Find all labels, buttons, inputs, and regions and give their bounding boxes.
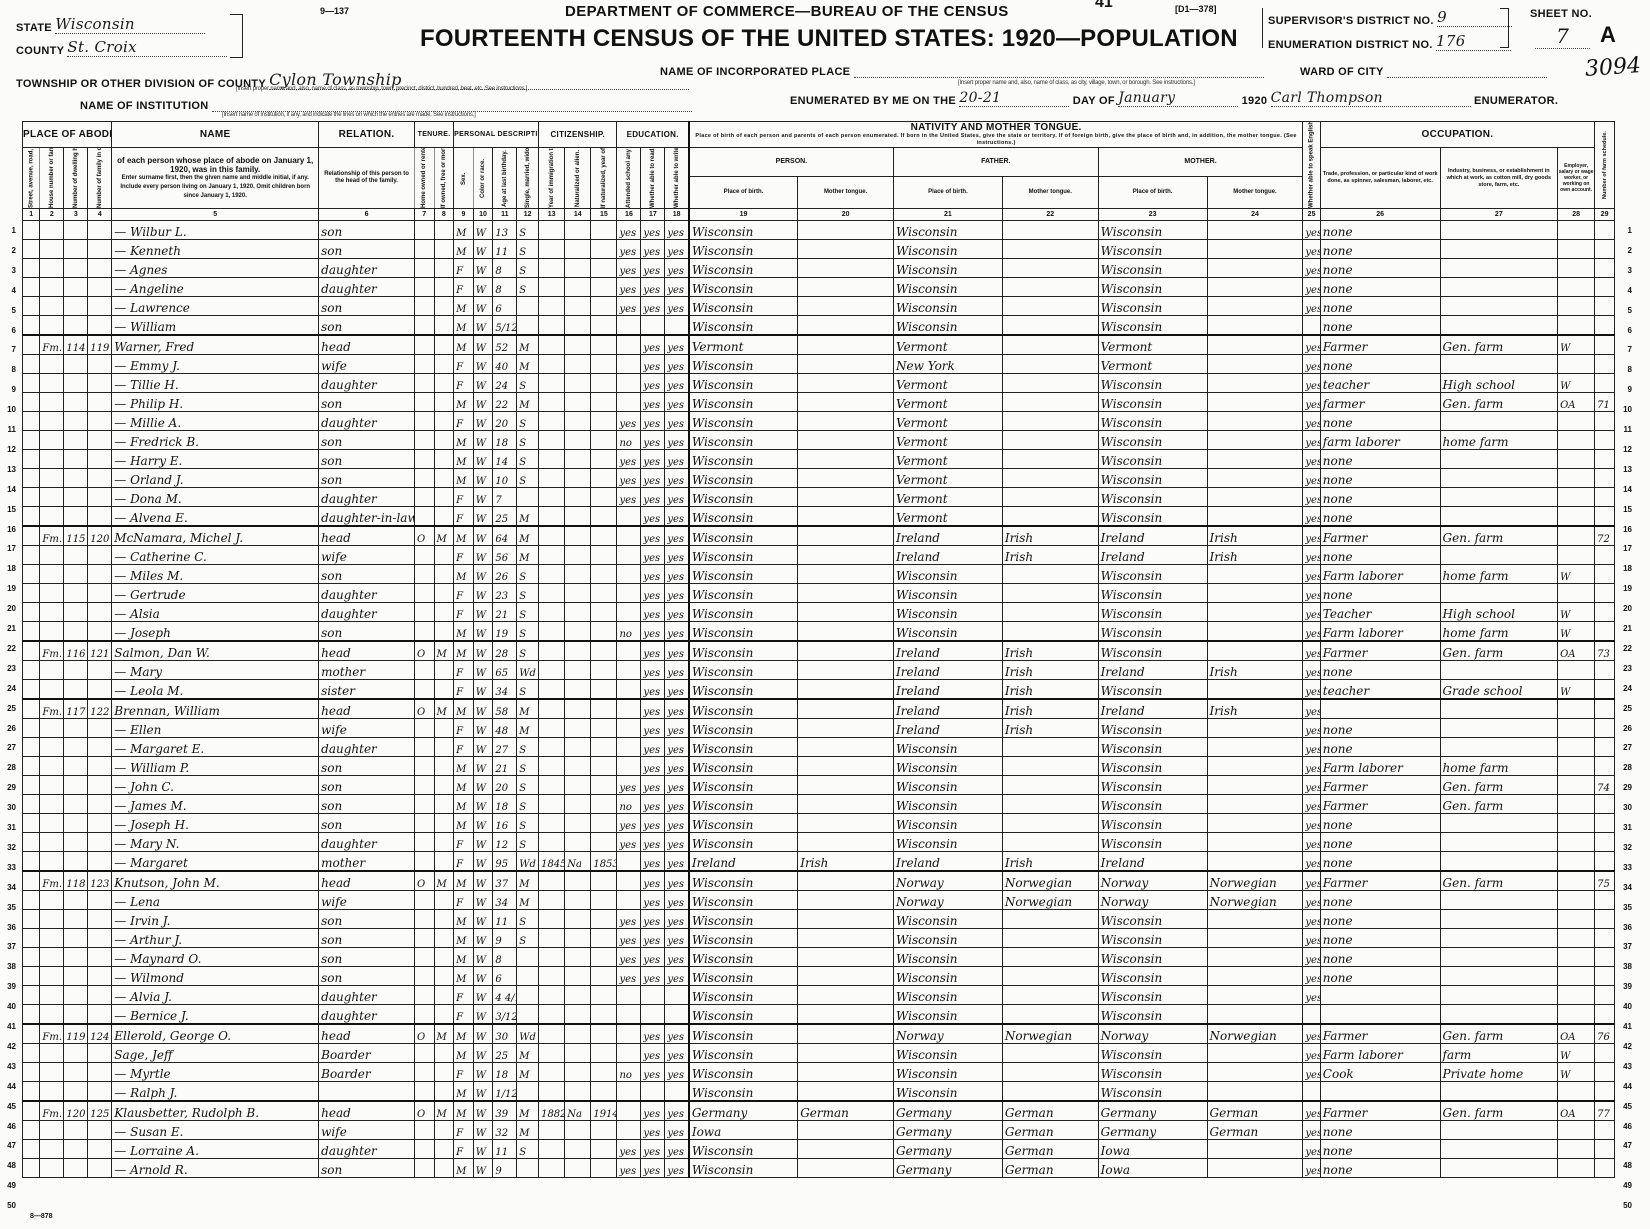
cell-write: yes [665, 719, 689, 738]
cell-birthplace: Wisconsin [689, 278, 798, 297]
cell-relation: son [319, 297, 415, 316]
cell-race: W [473, 814, 493, 833]
cell-family [88, 661, 112, 680]
cell-naturalization-year [591, 814, 617, 833]
cell-farm-schedule [1595, 412, 1615, 431]
cell-father-tongue [1002, 335, 1098, 355]
cell-employer-class [1558, 776, 1595, 795]
cell-father-tongue [1002, 1044, 1098, 1063]
cell-marital: M [517, 393, 539, 412]
cell-marital: S [517, 469, 539, 488]
cell-naturalized [565, 316, 591, 336]
cell-birthplace: Wisconsin [689, 719, 798, 738]
cell-birthplace: Wisconsin [689, 929, 798, 948]
cell-mortgage [434, 546, 454, 565]
cell-race: W [473, 240, 493, 259]
cell-sex: F [454, 507, 474, 527]
cell-dwelling [64, 776, 88, 795]
enumerator-name: Carl Thompson [1271, 90, 1471, 107]
cell-father-tongue [1002, 259, 1098, 278]
cell-sex: M [454, 1082, 474, 1102]
cell-race: W [473, 526, 493, 546]
cell-industry [1440, 469, 1558, 488]
line-number: 41 [1618, 1022, 1632, 1031]
group-citizenship: CITIZENSHIP. [539, 122, 617, 148]
cell-abode: Fm. [40, 1101, 64, 1121]
cell-immigration-year [539, 603, 565, 622]
cell-abode [40, 757, 64, 776]
cell-dwelling [64, 1044, 88, 1063]
line-number: 9 [1618, 385, 1632, 394]
cell-dwelling: 114 [64, 335, 88, 355]
cell-naturalized [565, 719, 591, 738]
column-number-row: 1 2 3 4 5 6 7 8 9 10 11 12 13 14 15 16 1… [23, 209, 1615, 221]
cell-sex: M [454, 450, 474, 469]
cell-industry [1440, 488, 1558, 507]
cell-father-birthplace: Germany [894, 1101, 1003, 1121]
cell-abode [40, 431, 64, 450]
cell-mother-birthplace: Iowa [1098, 1140, 1207, 1159]
cell-name: — Orland J. [112, 469, 319, 488]
cell-family [88, 833, 112, 852]
cell-school: yes [617, 240, 641, 259]
cell-school: yes [617, 278, 641, 297]
line-number: 48 [2, 1161, 16, 1170]
cell-school: no [617, 795, 641, 814]
line-number: 8 [2, 365, 16, 374]
cell-owned [414, 316, 434, 336]
cell-street [23, 986, 40, 1005]
cell-naturalization-year [591, 1024, 617, 1044]
cell-industry: home farm [1440, 622, 1558, 642]
table-row: Fm.115120McNamara, Michel J.headOMMW64My… [23, 526, 1615, 546]
cell-mother-parent-tongue [1207, 776, 1303, 795]
cell-race: W [473, 221, 493, 240]
cell-birthplace: Wisconsin [689, 967, 798, 986]
cell-father-birthplace: Wisconsin [894, 278, 1003, 297]
cell-mortgage [434, 986, 454, 1005]
table-row: — Dona M.daughterFW7yesyesyesWisconsinVe… [23, 488, 1615, 507]
line-number: 38 [2, 962, 16, 971]
cell-sex: M [454, 221, 474, 240]
line-number: 5 [1618, 306, 1632, 315]
cell-write: yes [665, 757, 689, 776]
cell-write: yes [665, 221, 689, 240]
cell-age: 20 [493, 412, 517, 431]
cell-immigration-year [539, 929, 565, 948]
cell-mother-tongue [798, 431, 894, 450]
cell-school: yes [617, 967, 641, 986]
cell-name: — Emmy J. [112, 355, 319, 374]
cell-birthplace: Wisconsin [689, 259, 798, 278]
cell-father-birthplace: Wisconsin [894, 833, 1003, 852]
cell-family [88, 1005, 112, 1025]
cell-dwelling [64, 661, 88, 680]
cell-name: — Agnes [112, 259, 319, 278]
cell-race: W [473, 412, 493, 431]
cell-mother-birthplace: Wisconsin [1098, 967, 1207, 986]
cell-street [23, 1121, 40, 1140]
cell-abode [40, 221, 64, 240]
line-number: 35 [2, 903, 16, 912]
cell-name: — Alvena E. [112, 507, 319, 527]
cell-owned [414, 278, 434, 297]
col-2-house-number: House number or farm, etc. (See instruct… [40, 148, 64, 209]
cell-trade: Farm laborer [1320, 565, 1440, 584]
line-number: 31 [2, 823, 16, 832]
cell-naturalization-year [591, 488, 617, 507]
group-tenure: TENURE. [414, 122, 453, 148]
cell-immigration-year [539, 278, 565, 297]
cell-street [23, 814, 40, 833]
cell-age: 58 [493, 699, 517, 719]
cell-english: yes [1303, 603, 1320, 622]
cell-race: W [473, 469, 493, 488]
col-18-write: Whether able to write. [665, 148, 689, 209]
cell-naturalized [565, 603, 591, 622]
cell-marital: S [517, 221, 539, 240]
cell-trade [1320, 699, 1440, 719]
incorporated-instructions: [Insert proper name and, also, name of c… [958, 80, 1195, 86]
cell-street [23, 565, 40, 584]
cell-mother-tongue [798, 1005, 894, 1025]
cell-farm-schedule [1595, 738, 1615, 757]
cell-father-tongue [1002, 278, 1098, 297]
sheet-label: SHEET NO. [1530, 8, 1592, 20]
census-table: PLACE OF ABODE. NAME RELATION. TENURE. P… [22, 121, 1615, 1178]
cell-industry: home farm [1440, 565, 1558, 584]
cell-english: yes [1303, 680, 1320, 700]
cell-abode [40, 1005, 64, 1025]
cell-street [23, 776, 40, 795]
cell-birthplace: Wisconsin [689, 986, 798, 1005]
cell-english: yes [1303, 814, 1320, 833]
cell-employer-class: OA [1558, 393, 1595, 412]
table-row: — KennethsonMW11SyesyesyesWisconsinWisco… [23, 240, 1615, 259]
cell-industry [1440, 1005, 1558, 1025]
cell-read: yes [641, 891, 665, 910]
cell-sex: F [454, 891, 474, 910]
line-number: 20 [1618, 604, 1632, 613]
cell-naturalized [565, 1159, 591, 1178]
cell-read: yes [641, 795, 665, 814]
cell-mortgage [434, 738, 454, 757]
table-row: — Tillie H.daughterFW24SyesyesWisconsinV… [23, 374, 1615, 393]
cell-relation: son [319, 795, 415, 814]
cell-trade: none [1320, 221, 1440, 240]
cell-mortgage [434, 488, 454, 507]
cell-birthplace: Wisconsin [689, 1024, 798, 1044]
cell-dwelling: 120 [64, 1101, 88, 1121]
cell-english: yes [1303, 948, 1320, 967]
cell-school [617, 680, 641, 700]
line-number: 11 [1618, 425, 1632, 434]
cell-street [23, 680, 40, 700]
cell-dwelling [64, 297, 88, 316]
cell-father-tongue [1002, 929, 1098, 948]
table-row: — MarymotherFW65WdyesyesWisconsinIreland… [23, 661, 1615, 680]
cell-mother-tongue [798, 1024, 894, 1044]
cell-father-tongue [1002, 833, 1098, 852]
cell-owned [414, 565, 434, 584]
cell-family [88, 584, 112, 603]
cell-race: W [473, 871, 493, 891]
cell-write: yes [665, 929, 689, 948]
institution-instructions: [Insert name of institution, if any, and… [222, 112, 476, 118]
cell-father-birthplace: Germany [894, 1159, 1003, 1178]
cell-school [617, 355, 641, 374]
cell-farm-schedule [1595, 355, 1615, 374]
cell-mortgage [434, 335, 454, 355]
table-row: — MargaretmotherFW95Wd1845Na1853yesyesIr… [23, 852, 1615, 872]
cell-abode [40, 622, 64, 642]
cell-trade: none [1320, 891, 1440, 910]
cell-industry [1440, 546, 1558, 565]
cell-school [617, 661, 641, 680]
table-row: — AngelinedaughterFW8SyesyesyesWisconsin… [23, 278, 1615, 297]
cell-trade: none [1320, 719, 1440, 738]
cell-read: yes [641, 1063, 665, 1082]
cell-naturalized [565, 757, 591, 776]
cell-father-tongue [1002, 738, 1098, 757]
cell-english [1303, 1005, 1320, 1025]
cell-dwelling: 115 [64, 526, 88, 546]
cell-abode [40, 795, 64, 814]
cell-father-tongue [1002, 412, 1098, 431]
cell-relation: daughter [319, 1140, 415, 1159]
cell-industry [1440, 1121, 1558, 1140]
cell-father-birthplace: Vermont [894, 450, 1003, 469]
line-number: 21 [1618, 624, 1632, 633]
cell-read: yes [641, 1121, 665, 1140]
cell-naturalized [565, 622, 591, 642]
cell-age: 30 [493, 1024, 517, 1044]
cell-relation: son [319, 469, 415, 488]
col-28-employer: Employer, salary or wage worker, or work… [1558, 148, 1595, 209]
cell-mother-parent-tongue [1207, 1005, 1303, 1025]
enumerated-label: ENUMERATED BY ME ON THE [790, 95, 956, 107]
cell-age: 11 [493, 910, 517, 929]
cell-marital: S [517, 240, 539, 259]
cell-marital: S [517, 450, 539, 469]
cell-naturalized [565, 776, 591, 795]
cell-naturalized [565, 488, 591, 507]
cell-school: yes [617, 948, 641, 967]
cell-mortgage [434, 240, 454, 259]
col-1-street: Street, avenue, road, etc. [23, 148, 40, 209]
cell-father-birthplace: Vermont [894, 507, 1003, 527]
cell-sex: F [454, 412, 474, 431]
cell-mortgage: M [434, 1101, 454, 1121]
cell-marital: M [517, 507, 539, 527]
cell-mother-parent-tongue: German [1207, 1101, 1303, 1121]
cell-mortgage: M [434, 699, 454, 719]
cell-write: yes [665, 699, 689, 719]
cell-industry [1440, 278, 1558, 297]
line-number: 36 [1618, 923, 1632, 932]
cell-father-tongue [1002, 757, 1098, 776]
cell-school [617, 891, 641, 910]
cell-family [88, 393, 112, 412]
line-number: 31 [1618, 823, 1632, 832]
cell-farm-schedule [1595, 1044, 1615, 1063]
cell-dwelling [64, 1063, 88, 1082]
table-row: — Catherine C.wifeFW56MyesyesWisconsinIr… [23, 546, 1615, 565]
cell-birthplace: Wisconsin [689, 507, 798, 527]
cell-industry [1440, 910, 1558, 929]
cell-mother-tongue [798, 335, 894, 355]
cell-mortgage [434, 221, 454, 240]
cell-name: — Mary N. [112, 833, 319, 852]
cell-abode [40, 297, 64, 316]
cell-farm-schedule [1595, 814, 1615, 833]
cell-write: yes [665, 412, 689, 431]
cell-mother-tongue [798, 891, 894, 910]
cell-naturalization-year [591, 412, 617, 431]
col-10-race: Color or race. [473, 148, 493, 209]
cell-mother-birthplace: Wisconsin [1098, 986, 1207, 1005]
cell-farm-schedule [1595, 1159, 1615, 1178]
cell-owned [414, 412, 434, 431]
table-row: — Miles M.sonMW26SyesyesWisconsinWiscons… [23, 565, 1615, 584]
cell-age: 8 [493, 278, 517, 297]
cell-naturalization-year [591, 661, 617, 680]
cell-mother-parent-tongue [1207, 469, 1303, 488]
cell-industry: Private home [1440, 1063, 1558, 1082]
cell-family [88, 240, 112, 259]
cell-mortgage [434, 929, 454, 948]
line-number: 36 [2, 923, 16, 932]
cell-mother-tongue [798, 565, 894, 584]
cell-race: W [473, 680, 493, 700]
cell-mother-tongue [798, 1063, 894, 1082]
line-number: 28 [2, 763, 16, 772]
cell-name: — Miles M. [112, 565, 319, 584]
cell-abode [40, 412, 64, 431]
cell-dwelling [64, 412, 88, 431]
cell-read: yes [641, 278, 665, 297]
col-3-dwelling: Number of dwelling house in order of vis… [64, 148, 88, 209]
cell-english: yes [1303, 565, 1320, 584]
cell-read: yes [641, 374, 665, 393]
cell-read: yes [641, 1024, 665, 1044]
cell-owned: O [414, 871, 434, 891]
cell-english: yes [1303, 719, 1320, 738]
cell-mother-tongue [798, 278, 894, 297]
cell-mortgage [434, 584, 454, 603]
cell-family [88, 622, 112, 642]
cell-dwelling [64, 738, 88, 757]
line-number: 45 [2, 1102, 16, 1111]
cell-abode [40, 316, 64, 336]
cell-marital [517, 1159, 539, 1178]
cell-marital: S [517, 603, 539, 622]
cell-family [88, 948, 112, 967]
cell-mother-tongue [798, 240, 894, 259]
cell-marital: M [517, 355, 539, 374]
cell-owned [414, 240, 434, 259]
cell-school [617, 584, 641, 603]
cell-birthplace: Wisconsin [689, 603, 798, 622]
cell-owned [414, 507, 434, 527]
cell-father-tongue: Irish [1002, 546, 1098, 565]
cell-family [88, 1159, 112, 1178]
enumeration-district-field: ENUMERATION DISTRICT NO. 176 [1268, 32, 1511, 51]
cell-school [617, 719, 641, 738]
cell-street [23, 1101, 40, 1121]
cell-race: W [473, 1159, 493, 1178]
cell-trade: Farm laborer [1320, 622, 1440, 642]
line-number: 17 [1618, 544, 1632, 553]
cell-father-birthplace: Vermont [894, 488, 1003, 507]
cell-street [23, 316, 40, 336]
cell-dwelling [64, 891, 88, 910]
cell-farm-schedule [1595, 948, 1615, 967]
cell-family [88, 488, 112, 507]
cell-mortgage [434, 719, 454, 738]
cell-naturalized [565, 297, 591, 316]
cell-mother-birthplace: Wisconsin [1098, 795, 1207, 814]
cell-english: yes [1303, 1044, 1320, 1063]
cell-english: yes [1303, 852, 1320, 872]
table-row: Fm.117122Brennan, WilliamheadOMMW58Myesy… [23, 699, 1615, 719]
cell-mother-parent-tongue: Irish [1207, 699, 1303, 719]
cell-write: yes [665, 469, 689, 488]
cell-abode [40, 738, 64, 757]
cell-street [23, 584, 40, 603]
table-row: Fm.120125Klausbetter, Rudolph B.headOMMW… [23, 1101, 1615, 1121]
cell-abode [40, 719, 64, 738]
cell-immigration-year [539, 910, 565, 929]
cell-name: — John C. [112, 776, 319, 795]
cell-school [617, 546, 641, 565]
cell-mortgage [434, 833, 454, 852]
cell-marital: S [517, 641, 539, 661]
cell-school: yes [617, 929, 641, 948]
cell-naturalized [565, 565, 591, 584]
cell-read: yes [641, 240, 665, 259]
cell-naturalization-year [591, 374, 617, 393]
line-number: 10 [2, 405, 16, 414]
cell-employer-class: W [1558, 680, 1595, 700]
cell-farm-schedule [1595, 603, 1615, 622]
line-number: 9 [2, 385, 16, 394]
cell-street [23, 297, 40, 316]
cell-mortgage [434, 469, 454, 488]
cell-abode [40, 910, 64, 929]
cell-naturalized [565, 259, 591, 278]
cell-street [23, 661, 40, 680]
cell-mother-birthplace: Wisconsin [1098, 316, 1207, 336]
cell-mother-parent-tongue [1207, 393, 1303, 412]
cell-english: yes [1303, 622, 1320, 642]
cell-mortgage: M [434, 1024, 454, 1044]
cell-naturalization-year [591, 738, 617, 757]
cell-employer-class [1558, 355, 1595, 374]
cell-naturalization-year [591, 240, 617, 259]
cell-mother-parent-tongue [1207, 412, 1303, 431]
table-row: Fm.118123Knutson, John M.headOMMW37Myesy… [23, 871, 1615, 891]
cell-father-birthplace: Ireland [894, 661, 1003, 680]
cell-mortgage [434, 1140, 454, 1159]
cell-father-tongue: Irish [1002, 852, 1098, 872]
cell-immigration-year [539, 221, 565, 240]
cell-sex: F [454, 1005, 474, 1025]
cell-employer-class [1558, 297, 1595, 316]
cell-farm-schedule [1595, 1082, 1615, 1102]
cell-english: yes [1303, 278, 1320, 297]
county-label: COUNTY [16, 45, 64, 57]
